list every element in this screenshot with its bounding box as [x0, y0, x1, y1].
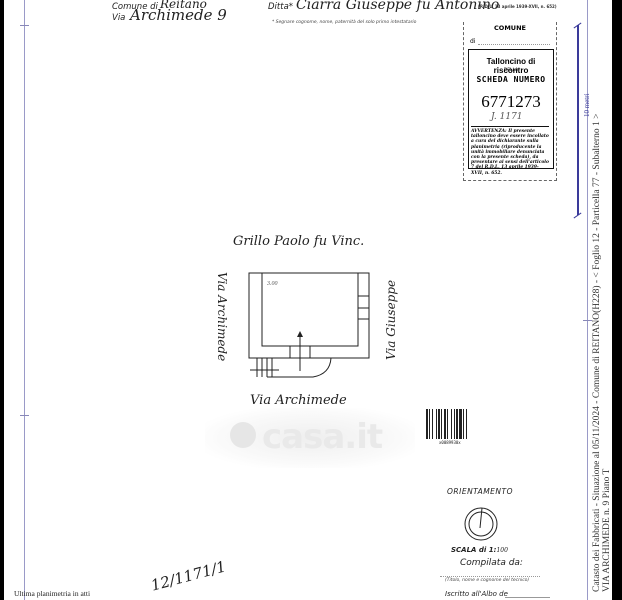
scheda-number: 6771273 [469, 92, 553, 112]
talloncino-comune-label: COMUNE [464, 24, 556, 32]
compass-icon [463, 506, 499, 542]
scala-label: SCALA di 1:100 [451, 546, 508, 554]
handwritten-reference: 12/1171/1 [149, 557, 228, 594]
ditta-value: Ciarra Giuseppe fu Antonino [296, 0, 499, 13]
underline [505, 597, 550, 598]
scale-bar-10m [577, 25, 579, 215]
via-label: Via [112, 13, 125, 23]
scale-tick [574, 213, 582, 219]
margin-tick [583, 320, 592, 321]
talloncino-reference: (R.D.L. 13 aprile 1939-XVII, n. 652) [478, 4, 557, 9]
talloncino-box: Talloncino di riscontro DELLA SCHEDA NUM… [468, 49, 554, 169]
catasto-info: Catasto dei Fabbricati - Situazione al 0… [592, 114, 602, 592]
talloncino-della: DELLA [469, 68, 553, 73]
margin-tick [20, 25, 29, 26]
orientamento-label: ORIENTAMENTO [447, 487, 513, 496]
talloncino-di-label: di [470, 38, 475, 45]
iscritto-label: Iscritto all'Albo de [445, 590, 508, 598]
dotted-line [440, 576, 540, 577]
margin-tick [20, 415, 29, 416]
dotted-line [478, 44, 550, 45]
compilata-label: Compilata da: [460, 558, 523, 568]
height-label: 3.00 [266, 281, 278, 287]
ditta-note: * Segnare cognome, nome, paternità del s… [272, 20, 416, 25]
adjacent-owner: Grillo Paolo fu Vinc. [233, 234, 364, 249]
ultima-planimetria-label: Ultima planimetria in atti [14, 589, 90, 598]
ditta-label: Ditta* [268, 2, 293, 12]
titolo-note: (Titolo, nome e cognome del tecnico) [445, 578, 529, 583]
barcode [425, 409, 487, 439]
margin-line-left [24, 0, 25, 600]
street-left: Via Archimede [215, 272, 229, 361]
street-bottom: Via Archimede [250, 393, 347, 408]
street-right: Via Giuseppe [384, 280, 398, 360]
scheda-label: SCHEDA NUMERO [469, 75, 553, 84]
casa-logo-icon [230, 422, 256, 448]
via-value: Archimede 9 [130, 6, 227, 24]
scan-border-right [612, 0, 622, 600]
margin-line-right [587, 0, 588, 600]
scale-label: 10 metri [583, 93, 591, 117]
address-info: VIA ARCHIMEDE n. 9 Piano T [602, 469, 612, 592]
barcode-number: x0089930x [439, 440, 461, 445]
talloncino-card: COMUNE di Talloncino di riscontro DELLA … [463, 22, 557, 181]
avvertenza-text: AVVERTENZA: Il presente talloncino deve … [471, 126, 549, 176]
floor-plan: 3.00 [247, 271, 372, 381]
talloncino-handwritten: J. 1171 [491, 112, 523, 122]
scan-border-left [0, 0, 4, 600]
watermark-text: casa.it [262, 417, 382, 457]
